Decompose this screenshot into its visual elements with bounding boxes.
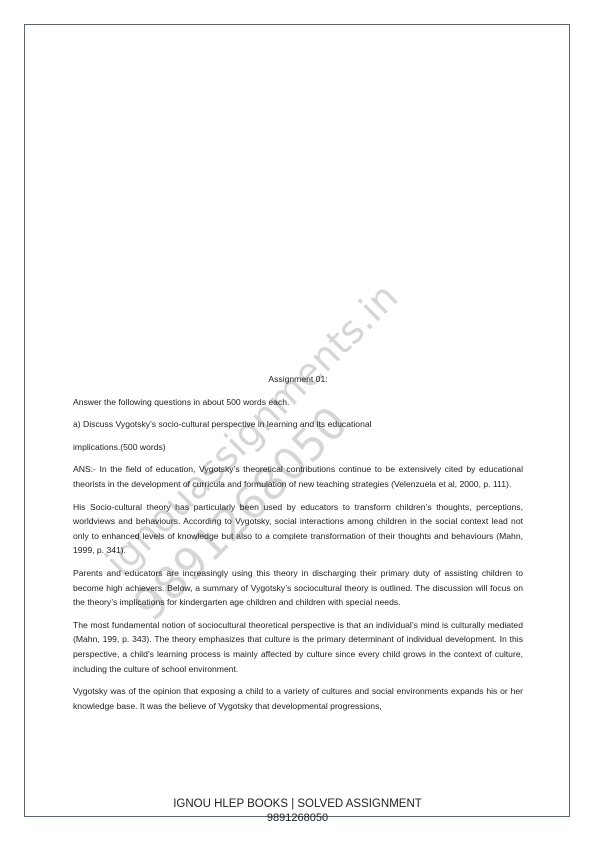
document-body: Assignment 01: Answer the following ques… (73, 372, 523, 721)
question-line-1: a) Discuss Vygotsky’s socio-cultural per… (73, 417, 523, 432)
footer-phone: 9891268050 (0, 812, 595, 824)
assignment-title: Assignment 01: (73, 372, 523, 387)
body-paragraph: Vygotsky was of the opinion that exposin… (73, 684, 523, 713)
instruction-text: Answer the following questions in about … (73, 395, 523, 410)
question-line-2: implications.(500 words) (73, 440, 523, 455)
footer-title: IGNOU HLEP BOOKS | SOLVED ASSIGNMENT (0, 798, 595, 810)
answer-paragraph: ANS:- In the field of education, Vygotsk… (73, 462, 523, 491)
body-paragraph: His Socio-cultural theory has particular… (73, 500, 523, 558)
body-paragraph: Parents and educators are increasingly u… (73, 566, 523, 610)
body-paragraph: The most fundamental notion of sociocult… (73, 618, 523, 676)
